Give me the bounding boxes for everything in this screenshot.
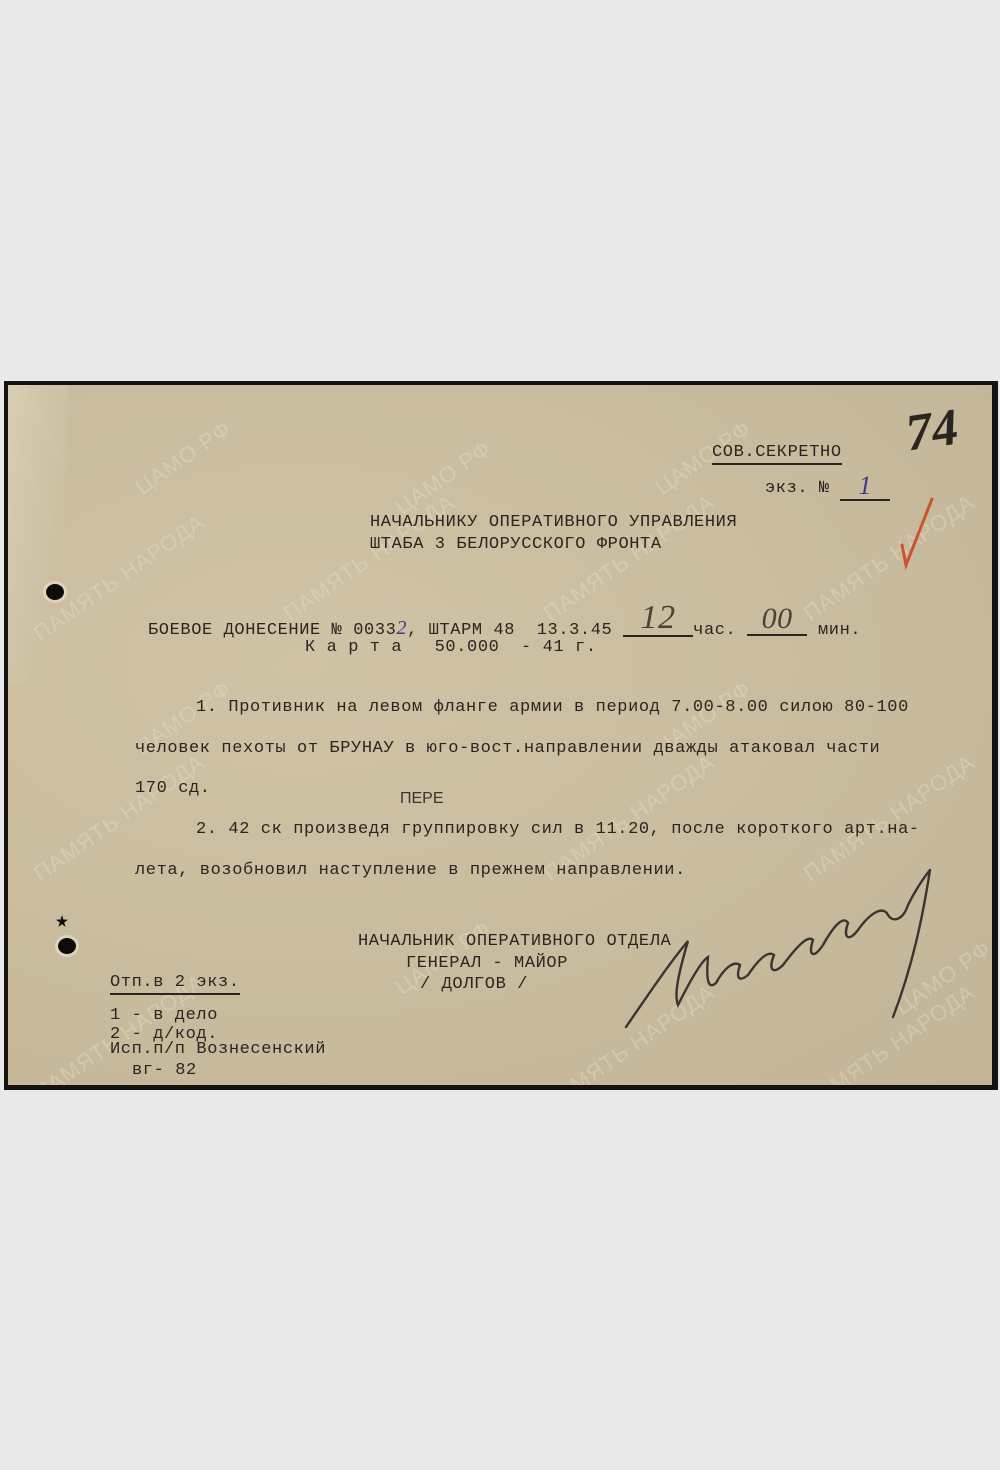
- paragraph-2-line-2: лета, возобновил наступление в прежнем н…: [135, 862, 686, 879]
- copy-label: экз. №: [765, 480, 830, 497]
- handwritten-insertion: ПЕРЕ: [400, 791, 444, 807]
- paragraph-1-line-2: человек пехоты от БРУНАУ в юго-вост.напр…: [135, 740, 880, 757]
- addressee-line-2: ШТАБА 3 БЕЛОРУССКОГО ФРОНТА: [370, 536, 662, 553]
- map-line: К а р т а 50.000 - 41 г.: [305, 639, 597, 656]
- punch-hole: [58, 938, 76, 954]
- document-scan-frame: ЦАМО РФ ЦАМО РФ ЦАМО РФ ПАМЯТЬ НАРОДА ПА…: [4, 381, 998, 1090]
- executor-line: Исп.п/п Вознесенский: [110, 1041, 326, 1058]
- punch-hole: [46, 584, 64, 600]
- paragraph-2-line-1: 2. 42 ск произведя группировку сил в 11.…: [196, 821, 920, 838]
- signature-rank: ГЕНЕРАЛ - МАЙОР: [406, 955, 568, 972]
- report-number-handwritten: 2: [396, 617, 407, 639]
- archive-number: 74: [903, 402, 962, 461]
- executor-code: вг- 82: [132, 1062, 197, 1079]
- classification-label: СОВ.СЕКРЕТНО: [712, 444, 842, 465]
- paragraph-1-line-1: 1. Противник на левом фланге армии в пер…: [196, 699, 909, 716]
- report-hour: 12: [623, 601, 693, 637]
- distribution-item-1: 1 - в дело: [110, 1007, 218, 1024]
- map-scale: 50.000: [435, 638, 500, 657]
- map-label: К а р т а: [305, 638, 402, 657]
- hour-label: час.: [693, 621, 736, 640]
- map-year: - 41 г.: [521, 638, 597, 657]
- paragraph-1-line-3: 170 сд.: [135, 780, 211, 797]
- document-paper: ЦАМО РФ ЦАМО РФ ЦАМО РФ ПАМЯТЬ НАРОДА ПА…: [8, 385, 992, 1085]
- addressee-line-1: НАЧАЛЬНИКУ ОПЕРАТИВНОГО УПРАВЛЕНИЯ: [370, 514, 737, 531]
- red-checkmark-icon: [898, 495, 938, 570]
- paper-fold-shading: [8, 385, 68, 685]
- report-minute: 00: [747, 604, 807, 636]
- signature-name: / ДОЛГОВ /: [420, 976, 528, 993]
- minute-label: мин.: [818, 621, 861, 640]
- distribution-header: Отп.в 2 экз.: [110, 974, 240, 995]
- watermark: ЦАМО РФ: [131, 416, 237, 501]
- torn-mark: [56, 915, 68, 927]
- handwritten-signature: [608, 865, 948, 1035]
- copy-number: 1: [840, 473, 890, 501]
